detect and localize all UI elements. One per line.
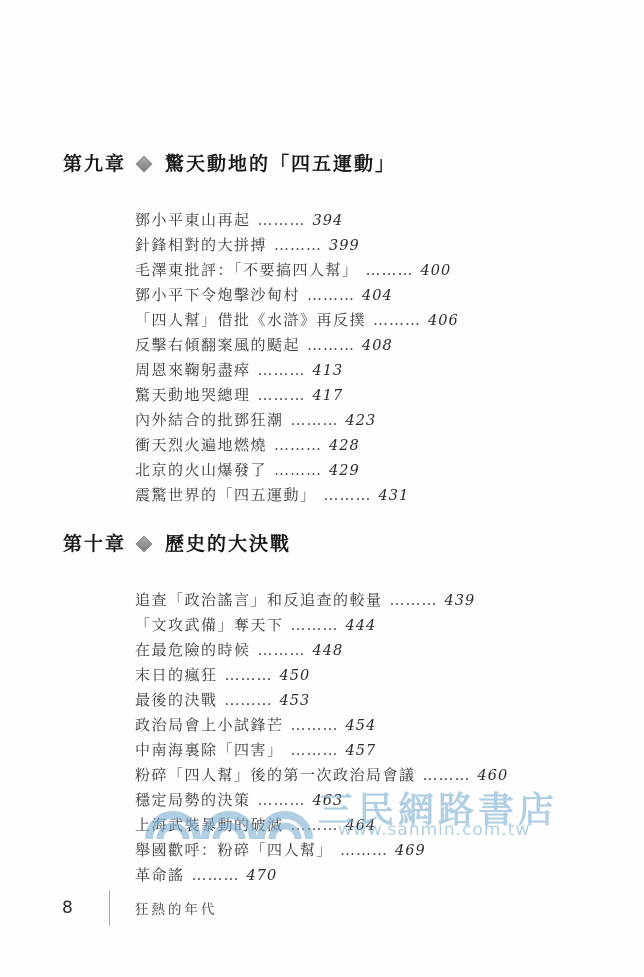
toc-entry-page: 406 bbox=[428, 309, 459, 333]
toc-entry-page: 399 bbox=[329, 234, 360, 258]
toc-entry-page: 464 bbox=[346, 814, 377, 838]
diamond-icon bbox=[136, 156, 153, 173]
chapter-label: 第十章 bbox=[63, 530, 126, 558]
toc-entry-page: 431 bbox=[379, 484, 410, 508]
dot-leader: ……… bbox=[225, 663, 273, 687]
dot-leader: ……… bbox=[307, 333, 355, 357]
toc-entry-title: 中南海裏除「四害」 bbox=[135, 738, 284, 762]
toc-entry-title: 震驚世界的「四五運動」 bbox=[135, 483, 317, 507]
toc-entry-page: 413 bbox=[313, 359, 344, 383]
dot-leader: ……… bbox=[274, 233, 322, 257]
toc-entry-page: 469 bbox=[395, 839, 426, 863]
footer-divider bbox=[109, 890, 110, 926]
toc-entry-page: 457 bbox=[346, 739, 377, 763]
toc-entry: 「文攻武備」奪天下 ……… 444 bbox=[135, 613, 614, 638]
dot-leader: ……… bbox=[291, 613, 339, 637]
dot-leader: ……… bbox=[291, 738, 339, 762]
toc-entry-page: 428 bbox=[329, 434, 360, 458]
toc-entry-page: 394 bbox=[313, 209, 344, 233]
toc-entry-title: 毛澤東批評：「不要搞四人幫」 bbox=[135, 258, 359, 282]
toc-entry: 震驚世界的「四五運動」 ……… 431 bbox=[135, 483, 614, 508]
chapter-heading: 第九章 驚天動地的「四五運動」 bbox=[63, 150, 614, 178]
toc-entry-page: 439 bbox=[445, 589, 476, 613]
dot-leader: ……… bbox=[258, 358, 306, 382]
dot-leader: ……… bbox=[291, 408, 339, 432]
diamond-icon bbox=[136, 536, 153, 553]
dot-leader: ……… bbox=[274, 458, 322, 482]
dot-leader: ……… bbox=[258, 788, 306, 812]
toc-entry-title: 衝天烈火遍地燃燒 bbox=[135, 433, 267, 457]
toc-entry-page: 470 bbox=[247, 864, 278, 888]
toc-entry: 中南海裏除「四害」 ……… 457 bbox=[135, 738, 614, 763]
dot-leader: ……… bbox=[225, 688, 273, 712]
toc-entry-page: 454 bbox=[346, 714, 377, 738]
toc-entry-title: 針鋒相對的大拼搏 bbox=[135, 233, 267, 257]
toc-entry-title: 鄧小平下令炮擊沙甸村 bbox=[135, 283, 300, 307]
toc-entry: 政治局會上小試鋒芒 ……… 454 bbox=[135, 713, 614, 738]
toc-entry: 末日的瘋狂 ……… 450 bbox=[135, 663, 614, 688]
toc-entry: 穩定局勢的決策 ……… 463 bbox=[135, 788, 614, 813]
toc-entry-title: 粉碎「四人幫」後的第一次政治局會議 bbox=[135, 763, 416, 787]
dot-leader: ……… bbox=[291, 713, 339, 737]
toc-entry-title: 最後的決戰 bbox=[135, 688, 218, 712]
toc-entry-page: 444 bbox=[346, 614, 377, 638]
toc-entry-title: 末日的瘋狂 bbox=[135, 663, 218, 687]
book-title: 狂熱的年代 bbox=[135, 898, 218, 918]
dot-leader: ……… bbox=[291, 813, 339, 837]
toc-entry-page: 429 bbox=[329, 459, 360, 483]
dot-leader: ……… bbox=[373, 308, 421, 332]
toc-entry-title: 舉國歡呼：粉碎「四人幫」 bbox=[135, 838, 333, 862]
toc-entry: 內外結合的批鄧狂潮 ……… 423 bbox=[135, 408, 614, 433]
chapter-title: 驚天動地的「四五運動」 bbox=[165, 150, 396, 178]
toc-entry-page: 404 bbox=[362, 284, 393, 308]
chapter-items: 追查「政治謠言」和反追查的較量 ……… 439 「文攻武備」奪天下 ……… 44… bbox=[135, 588, 614, 888]
dot-leader: ……… bbox=[390, 588, 438, 612]
toc-entry: 衝天烈火遍地燃燒 ……… 428 bbox=[135, 433, 614, 458]
toc-entry-page: 408 bbox=[362, 334, 393, 358]
page-footer: 8 狂熱的年代 bbox=[62, 890, 217, 926]
toc-entry: 北京的火山爆發了 ……… 429 bbox=[135, 458, 614, 483]
toc-entry-title: 驚天動地哭總理 bbox=[135, 383, 251, 407]
toc: 第九章 驚天動地的「四五運動」 鄧小平東山再起 ……… 394 針鋒相對的大拼搏… bbox=[63, 150, 614, 888]
toc-entry-title: 內外結合的批鄧狂潮 bbox=[135, 408, 284, 432]
dot-leader: ……… bbox=[340, 838, 388, 862]
toc-entry-page: 448 bbox=[313, 639, 344, 663]
dot-leader: ……… bbox=[192, 863, 240, 887]
dot-leader: ……… bbox=[423, 763, 471, 787]
toc-entry: 「四人幫」借批《水滸》再反撲 ……… 406 bbox=[135, 308, 614, 333]
dot-leader: ……… bbox=[258, 208, 306, 232]
toc-entry: 周恩來鞠躬盡瘁 ……… 413 bbox=[135, 358, 614, 383]
chapter-title: 歷史的大決戰 bbox=[165, 530, 291, 558]
toc-entry: 上海武裝暴動的破滅 ……… 464 bbox=[135, 813, 614, 838]
toc-entry: 粉碎「四人幫」後的第一次政治局會議 ……… 460 bbox=[135, 763, 614, 788]
toc-entry-title: 「文攻武備」奪天下 bbox=[135, 613, 284, 637]
chapter-label: 第九章 bbox=[63, 150, 126, 178]
toc-entry-title: 反擊右傾翻案風的颳起 bbox=[135, 333, 300, 357]
toc-entry-page: 463 bbox=[313, 789, 344, 813]
chapter-section: 第十章 歷史的大決戰 追查「政治謠言」和反追查的較量 ……… 439 「文攻武備… bbox=[63, 530, 614, 888]
toc-entry-page: 417 bbox=[313, 384, 344, 408]
toc-entry-title: 革命謠 bbox=[135, 863, 185, 887]
toc-entry-title: 鄧小平東山再起 bbox=[135, 208, 251, 232]
toc-entry-title: 上海武裝暴動的破滅 bbox=[135, 813, 284, 837]
dot-leader: ……… bbox=[258, 383, 306, 407]
toc-entry: 毛澤東批評：「不要搞四人幫」 ……… 400 bbox=[135, 258, 614, 283]
book-page: 第九章 驚天動地的「四五運動」 鄧小平東山再起 ……… 394 針鋒相對的大拼搏… bbox=[0, 0, 644, 977]
toc-entry: 追查「政治謠言」和反追查的較量 ……… 439 bbox=[135, 588, 614, 613]
toc-entry: 反擊右傾翻案風的颳起 ……… 408 bbox=[135, 333, 614, 358]
chapter-section: 第九章 驚天動地的「四五運動」 鄧小平東山再起 ……… 394 針鋒相對的大拼搏… bbox=[63, 150, 614, 508]
toc-entry-page: 460 bbox=[478, 764, 509, 788]
toc-entry: 針鋒相對的大拼搏 ……… 399 bbox=[135, 233, 614, 258]
chapter-heading: 第十章 歷史的大決戰 bbox=[63, 530, 614, 558]
toc-entry-page: 400 bbox=[421, 259, 452, 283]
toc-entry-title: 「四人幫」借批《水滸》再反撲 bbox=[135, 308, 366, 332]
dot-leader: ……… bbox=[324, 483, 372, 507]
dot-leader: ……… bbox=[307, 283, 355, 307]
dot-leader: ……… bbox=[274, 433, 322, 457]
toc-entry: 鄧小平下令炮擊沙甸村 ……… 404 bbox=[135, 283, 614, 308]
toc-entry: 革命謠 ……… 470 bbox=[135, 863, 614, 888]
dot-leader: ……… bbox=[366, 258, 414, 282]
page-number: 8 bbox=[62, 898, 73, 918]
toc-entry-page: 423 bbox=[346, 409, 377, 433]
toc-entry-title: 在最危險的時候 bbox=[135, 638, 251, 662]
toc-entry-title: 追查「政治謠言」和反追查的較量 bbox=[135, 588, 383, 612]
toc-entry: 舉國歡呼：粉碎「四人幫」 ……… 469 bbox=[135, 838, 614, 863]
toc-entry-page: 450 bbox=[280, 664, 311, 688]
toc-entry: 最後的決戰 ……… 453 bbox=[135, 688, 614, 713]
toc-entry-page: 453 bbox=[280, 689, 311, 713]
toc-entry-title: 北京的火山爆發了 bbox=[135, 458, 267, 482]
toc-entry-title: 周恩來鞠躬盡瘁 bbox=[135, 358, 251, 382]
dot-leader: ……… bbox=[258, 638, 306, 662]
toc-entry: 鄧小平東山再起 ……… 394 bbox=[135, 208, 614, 233]
chapter-items: 鄧小平東山再起 ……… 394 針鋒相對的大拼搏 ……… 399 毛澤東批評：「… bbox=[135, 208, 614, 508]
toc-entry: 驚天動地哭總理 ……… 417 bbox=[135, 383, 614, 408]
toc-entry-title: 政治局會上小試鋒芒 bbox=[135, 713, 284, 737]
toc-entry-title: 穩定局勢的決策 bbox=[135, 788, 251, 812]
toc-entry: 在最危險的時候 ……… 448 bbox=[135, 638, 614, 663]
